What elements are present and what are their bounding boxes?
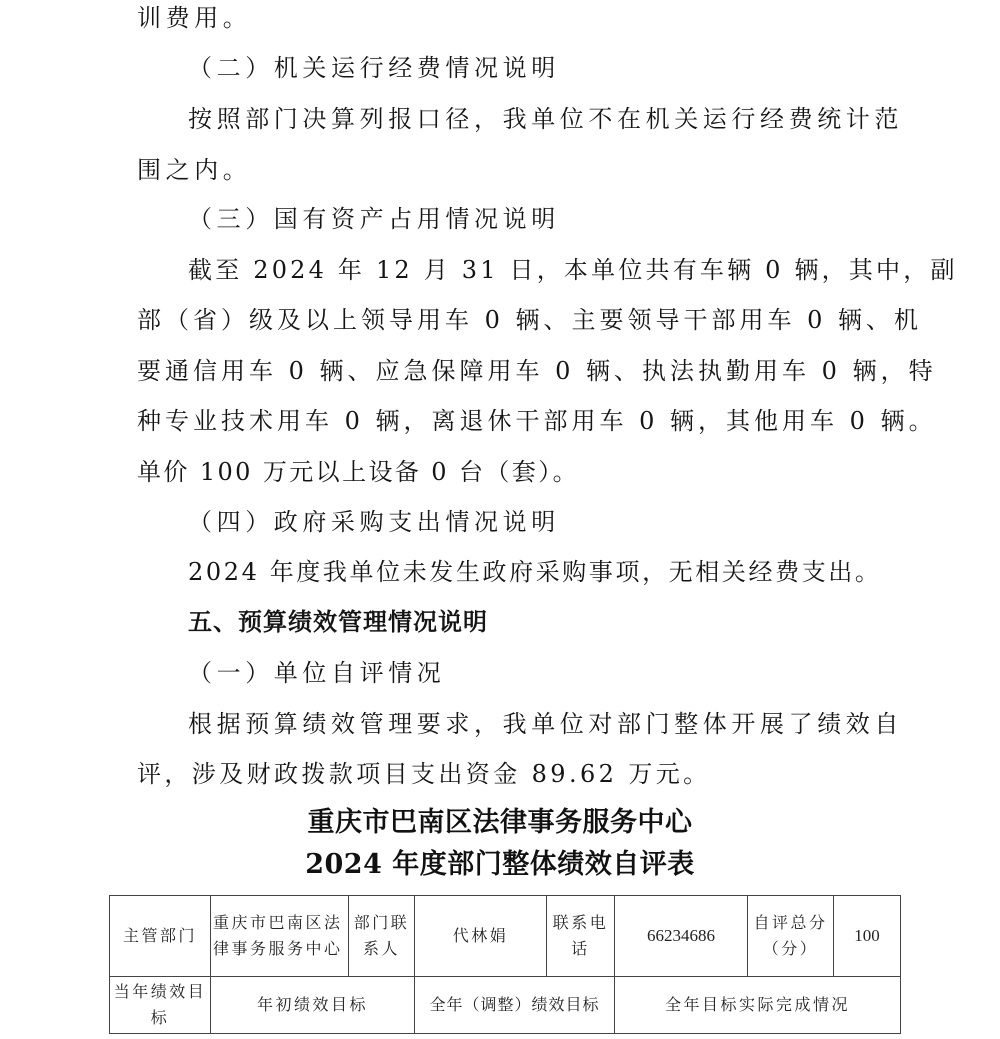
actual-completion-header: 全年目标实际完成情况 [615, 977, 901, 1034]
subsection-heading: （三）国有资产占用情况说明 [188, 204, 560, 234]
subsection-heading: （一）单位自评情况 [188, 658, 445, 688]
phone-value-cell: 66234686 [615, 896, 748, 977]
table-row: 当年绩效目标 年初绩效目标 全年（调整）绩效目标 全年目标实际完成情况 [110, 977, 901, 1034]
goal-label-cell: 当年绩效目标 [110, 977, 211, 1034]
table-row: 主管部门 重庆市巴南区法律事务服务中心 部门联系人 代林娟 联系电话 66234… [110, 896, 901, 977]
dept-value-cell: 重庆市巴南区法律事务服务中心 [211, 896, 349, 977]
paragraph-text: 截至 2024 年 12 月 31 日，本单位共有车辆 0 辆，其中，副 [188, 255, 958, 285]
paragraph-text: 单价 100 万元以上设备 0 台（套）。 [137, 457, 579, 487]
paragraph-text: 围之内。 [137, 155, 251, 185]
contact-value-cell: 代林娟 [415, 896, 547, 977]
paragraph-text: 按照部门决算列报口径，我单位不在机关运行经费统计范 [188, 104, 903, 134]
paragraph-text: 训费用。 [137, 3, 251, 33]
table-title-line2: 2024 年度部门整体绩效自评表 [0, 848, 1000, 882]
subsection-heading: （四）政府采购支出情况说明 [188, 507, 560, 537]
paragraph-text: 根据预算绩效管理要求，我单位对部门整体开展了绩效自 [188, 709, 903, 739]
adjusted-goal-header: 全年（调整）绩效目标 [415, 977, 615, 1034]
paragraph-text: 2024 年度我单位未发生政府采购事项，无相关经费支出。 [188, 557, 882, 587]
paragraph-text: 部（省）级及以上领导用车 0 辆、主要领导干部用车 0 辆、机 [137, 305, 922, 335]
initial-goal-header: 年初绩效目标 [211, 977, 415, 1034]
contact-label-cell: 部门联系人 [349, 896, 415, 977]
table-title-line1: 重庆市巴南区法律事务服务中心 [0, 806, 1000, 840]
phone-label-cell: 联系电话 [547, 896, 615, 977]
paragraph-text: 评，涉及财政拨款项目支出资金 89.62 万元。 [137, 759, 711, 789]
performance-evaluation-table: 主管部门 重庆市巴南区法律事务服务中心 部门联系人 代林娟 联系电话 66234… [109, 895, 901, 1034]
dept-label-cell: 主管部门 [110, 896, 211, 977]
paragraph-text: 种专业技术用车 0 辆，离退休干部用车 0 辆，其他用车 0 辆。 [137, 406, 937, 436]
section-heading: 五、预算绩效管理情况说明 [188, 607, 488, 637]
score-label-cell: 自评总分（分） [748, 896, 834, 977]
paragraph-text: 要通信用车 0 辆、应急保障用车 0 辆、执法执勤用车 0 辆，特 [137, 356, 937, 386]
subsection-heading: （二）机关运行经费情况说明 [188, 53, 560, 83]
score-value-cell: 100 [834, 896, 901, 977]
